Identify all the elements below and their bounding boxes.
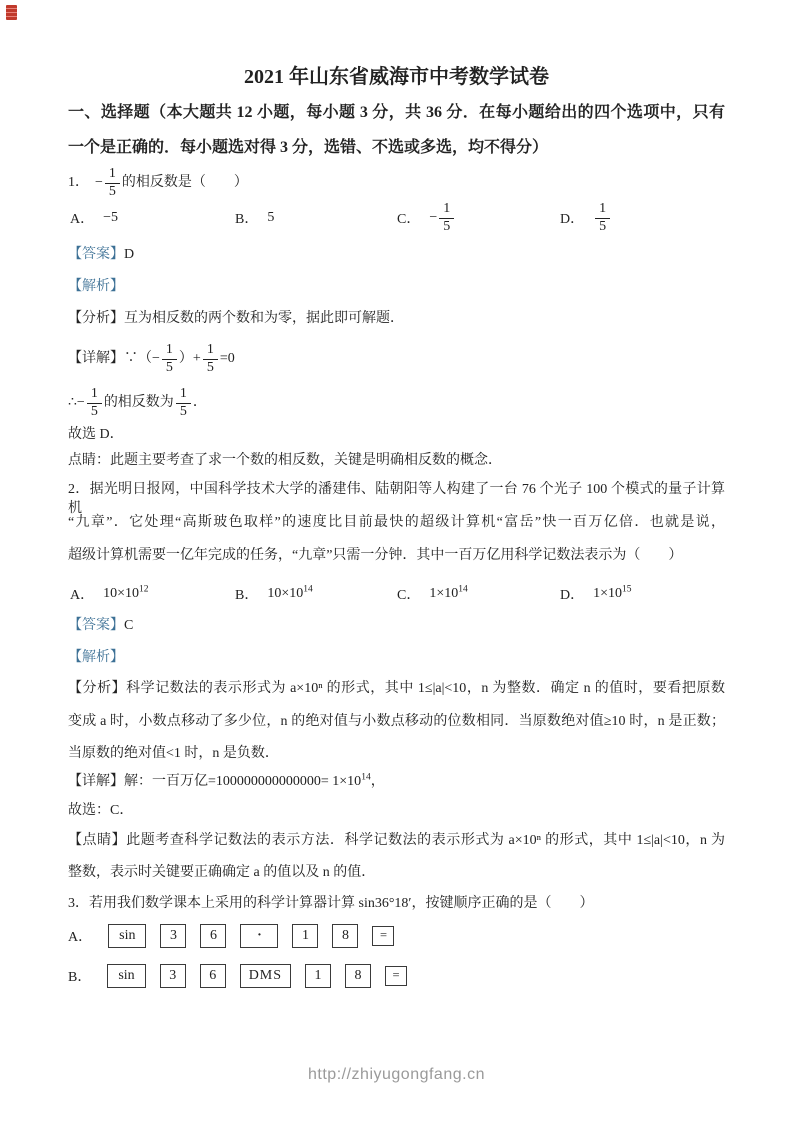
q2-detail-line: 【详解】解：一百万亿=100000000000000= 1×1014， (68, 773, 725, 792)
exponent: 14 (361, 772, 371, 782)
calc-key-8: 8 (332, 924, 358, 948)
detail-segment: 【详解】解：一百万亿=100000000000000= 1×10 (68, 774, 361, 789)
q1-answer-line: 【答案】D (68, 246, 725, 265)
q2-fenxi-line1: 【分析】科学记数法的表示形式为 a×10ⁿ 的形式，其中 1≤|a|<10，n … (68, 680, 725, 699)
question-2-options: A． 10×1012 B． 10×1014 C． 1×1014 D． 1×101… (68, 581, 725, 607)
q2-fenxi-line2: 变成 a 时，小数点移动了多少位，n 的绝对值与小数点移动的位数相同．当原数绝对… (68, 713, 725, 732)
option-a-label: A． (70, 584, 94, 604)
fraction-numerator: 1 (203, 342, 218, 359)
q3-option-b-keys: B． sin 3 6 DMS 1 8 = (68, 964, 725, 988)
exam-document-page: 2021 年山东省威海市中考数学试卷 一、选择题（本大题共 12 小题，每小题 … (0, 0, 793, 1122)
calc-key-dms: DMS (240, 964, 291, 988)
answer-value: D (124, 247, 134, 262)
calc-key-equals: = (385, 966, 407, 986)
calc-key-3: 3 (160, 964, 186, 988)
fraction-denominator: 5 (439, 219, 454, 235)
section-header-line1: 一、选择题（本大题共 12 小题，每小题 3 分，共 36 分．在每小题给出的四… (68, 102, 725, 124)
fraction-one-fifth: 1 5 (105, 166, 120, 199)
question-1-options: A． −5 B． 5 C． −15 D． 15 (68, 196, 725, 240)
q1-detail-line: 【详解】∵（− 15 ）+ 15 =0 (68, 336, 725, 382)
q2-answer-line: 【答案】C (68, 617, 725, 636)
q1-dianjing-line: 点睛：此题主要考查了求一个数的相反数，关键是明确相反数的概念． (68, 452, 725, 471)
option-a: A． 10×1012 (70, 581, 149, 607)
q2-dianjing-line2: 整数，表示时关键要正确确定 a 的值以及 n 的值． (68, 864, 725, 883)
page-title: 2021 年山东省威海市中考数学试卷 (0, 60, 793, 89)
section-header-line2: 一个是正确的．每小题选对得 3 分，选错、不选或多选，均不得分） (68, 137, 725, 159)
fraction-one-fifth: 15 (595, 201, 610, 234)
fraction-one-fifth: 15 (203, 342, 218, 375)
fraction-denominator: 5 (87, 404, 102, 420)
answer-tag: 【答案】 (68, 618, 124, 633)
option-d-value: 1×1015 (593, 586, 631, 602)
fraction-numerator: 1 (162, 342, 177, 359)
option-b-label: B． (235, 584, 258, 604)
option-c: C． −15 (397, 196, 456, 240)
detail-segment: =0 (220, 350, 235, 369)
calc-key-decimal-point: · (240, 924, 278, 948)
detail-segment: ， (371, 774, 385, 789)
fraction-denominator: 5 (176, 404, 191, 420)
option-b-value: 10×1014 (267, 586, 312, 602)
option-a-value: −5 (103, 210, 118, 226)
q2-dianjing-line1: 【点睛】此题考查科学记数法的表示方法．科学记数法的表示形式为 a×10ⁿ 的形式… (68, 832, 725, 851)
option-a: A． −5 (70, 196, 118, 240)
q2-analysis-tag: 【解析】 (68, 649, 725, 668)
calc-key-1: 1 (292, 924, 318, 948)
option-a-value: 10×1012 (103, 586, 148, 602)
fraction-numerator: 1 (176, 386, 191, 403)
question-2-line2: “九章”．它处理“高斯玻色取样”的速度比目前最快的超级计算机“富岳”快一百万亿倍… (68, 514, 725, 533)
q1-conclusion-line: ∴− 15 的相反数为 15 ． (68, 380, 725, 426)
minus-sign: − (429, 210, 437, 225)
option-d: D． 1×1015 (560, 581, 632, 607)
fraction-one-fifth: 15 (162, 342, 177, 375)
corner-seal-icon (6, 5, 17, 20)
calc-key-6: 6 (200, 964, 226, 988)
fraction-numerator: 1 (595, 201, 610, 218)
answer-tag: 【答案】 (68, 247, 124, 262)
q1-analysis-tag: 【解析】 (68, 278, 725, 297)
option-c: C． 1×1014 (397, 581, 468, 607)
fraction-numerator: 1 (439, 201, 454, 218)
conclusion-segment: ． (193, 394, 207, 413)
option-a-label: A． (68, 926, 92, 946)
minus-sign: − (95, 174, 103, 193)
q2-choose-line: 故选：C． (68, 802, 725, 821)
calc-key-8: 8 (345, 964, 371, 988)
option-b: B． 5 (235, 196, 274, 240)
fraction-one-fifth: 15 (439, 201, 454, 234)
q2-fenxi-line3: 当原数的绝对值<1 时，n 是负数． (68, 745, 725, 764)
question-1-text: 的相反数是（ ） (122, 174, 248, 193)
option-d-label: D． (560, 208, 584, 228)
answer-value: C (124, 618, 133, 633)
option-d-label: D． (560, 584, 584, 604)
option-a-label: A． (70, 208, 94, 228)
option-c-value: 1×1014 (429, 586, 467, 602)
calc-key-sin: sin (107, 964, 145, 988)
calc-key-6: 6 (200, 924, 226, 948)
question-1-number: 1． (68, 174, 89, 193)
question-2-line3: 超级计算机需要一亿年完成的任务，“九章”只需一分钟．其中一百万亿用科学记数法表示… (68, 547, 725, 566)
calc-key-3: 3 (160, 924, 186, 948)
fraction-one-fifth: 15 (176, 386, 191, 419)
conclusion-segment: 的相反数为 (104, 394, 174, 413)
fraction-denominator: 5 (203, 360, 218, 376)
detail-segment: ）+ (179, 350, 201, 369)
option-d: D． 15 (560, 196, 612, 240)
fraction-denominator: 5 (162, 360, 177, 376)
option-b: B． 10×1014 (235, 581, 313, 607)
q1-fenxi-line: 【分析】互为相反数的两个数和为零，据此即可解题． (68, 310, 725, 329)
detail-segment: 【详解】∵（− (68, 350, 160, 369)
fraction-one-fifth: 15 (87, 386, 102, 419)
option-b-label: B． (68, 966, 91, 986)
q3-option-a-keys: A． sin 3 6 · 1 8 = (68, 924, 725, 948)
conclusion-segment: ∴− (68, 394, 85, 413)
fraction-denominator: 5 (595, 219, 610, 235)
option-c-value: −15 (429, 201, 456, 234)
q1-choose-line: 故选 D． (68, 426, 725, 445)
fraction-numerator: 1 (87, 386, 102, 403)
question-3-stem: 3．若用我们数学课本上采用的科学计算器计算 sin36°18′，按键顺序正确的是… (68, 895, 725, 914)
option-c-label: C． (397, 208, 420, 228)
option-b-label: B． (235, 208, 258, 228)
calc-key-1: 1 (305, 964, 331, 988)
option-b-value: 5 (267, 210, 274, 226)
fraction-numerator: 1 (105, 166, 120, 183)
calc-key-equals: = (372, 926, 394, 946)
watermark-url: http://zhiyugongfang.cn (0, 1066, 793, 1084)
option-c-label: C． (397, 584, 420, 604)
calc-key-sin: sin (108, 924, 146, 948)
